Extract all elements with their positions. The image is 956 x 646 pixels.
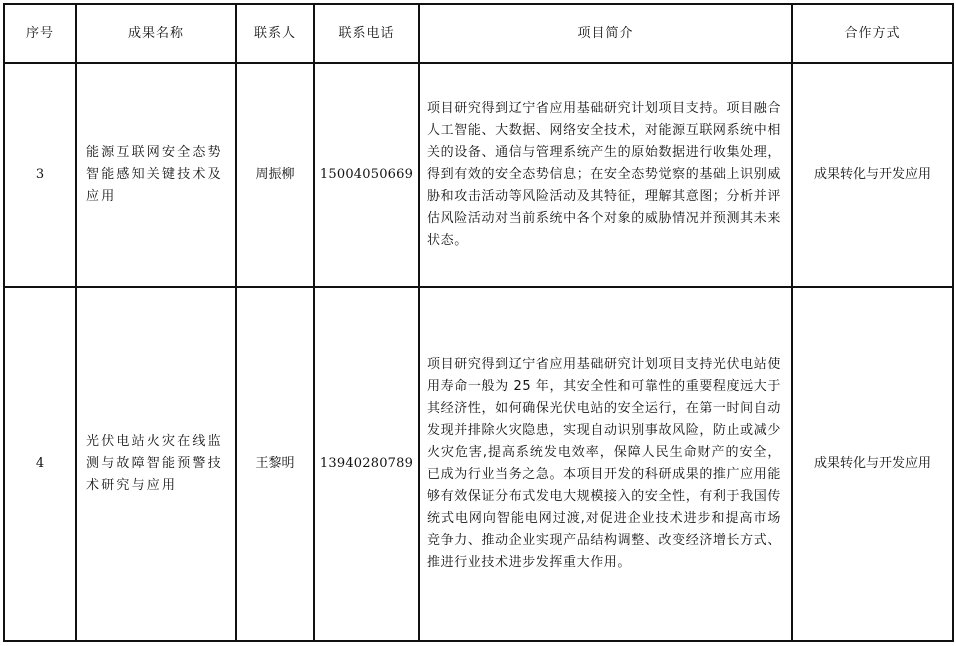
- header-cooperation: 合作方式: [792, 4, 953, 63]
- row-description: 项目研究得到辽宁省应用基础研究计划项目支持。项目融合人工智能、大数据、网络安全技…: [419, 63, 792, 287]
- row-cooperation: 成果转化与开发应用: [792, 287, 953, 641]
- results-table: 序号 成果名称 联系人 联系电话 项目简介 合作方式 3 能源互联网安全态势智能…: [3, 3, 954, 642]
- row-index: 4: [4, 287, 76, 641]
- table-row: 3 能源互联网安全态势智能感知关键技术及应用 周振柳 15004050669 项…: [4, 63, 953, 287]
- header-row: 序号 成果名称 联系人 联系电话 项目简介 合作方式: [4, 4, 953, 63]
- header-contact: 联系人: [236, 4, 314, 63]
- header-index: 序号: [4, 4, 76, 63]
- row-name: 光伏电站火灾在线监测与故障智能预警技术研究与应用: [76, 287, 236, 641]
- header-phone: 联系电话: [314, 4, 419, 63]
- header-description: 项目简介: [419, 4, 792, 63]
- row-cooperation: 成果转化与开发应用: [792, 63, 953, 287]
- row-phone: 15004050669: [314, 63, 419, 287]
- row-phone: 13940280789: [314, 287, 419, 641]
- row-name: 能源互联网安全态势智能感知关键技术及应用: [76, 63, 236, 287]
- row-contact: 王黎明: [236, 287, 314, 641]
- row-index: 3: [4, 63, 76, 287]
- row-description: 项目研究得到辽宁省应用基础研究计划项目支持光伏电站使用寿命一般为 25 年，其安…: [419, 287, 792, 641]
- table-row: 4 光伏电站火灾在线监测与故障智能预警技术研究与应用 王黎明 139402807…: [4, 287, 953, 641]
- row-contact: 周振柳: [236, 63, 314, 287]
- header-name: 成果名称: [76, 4, 236, 63]
